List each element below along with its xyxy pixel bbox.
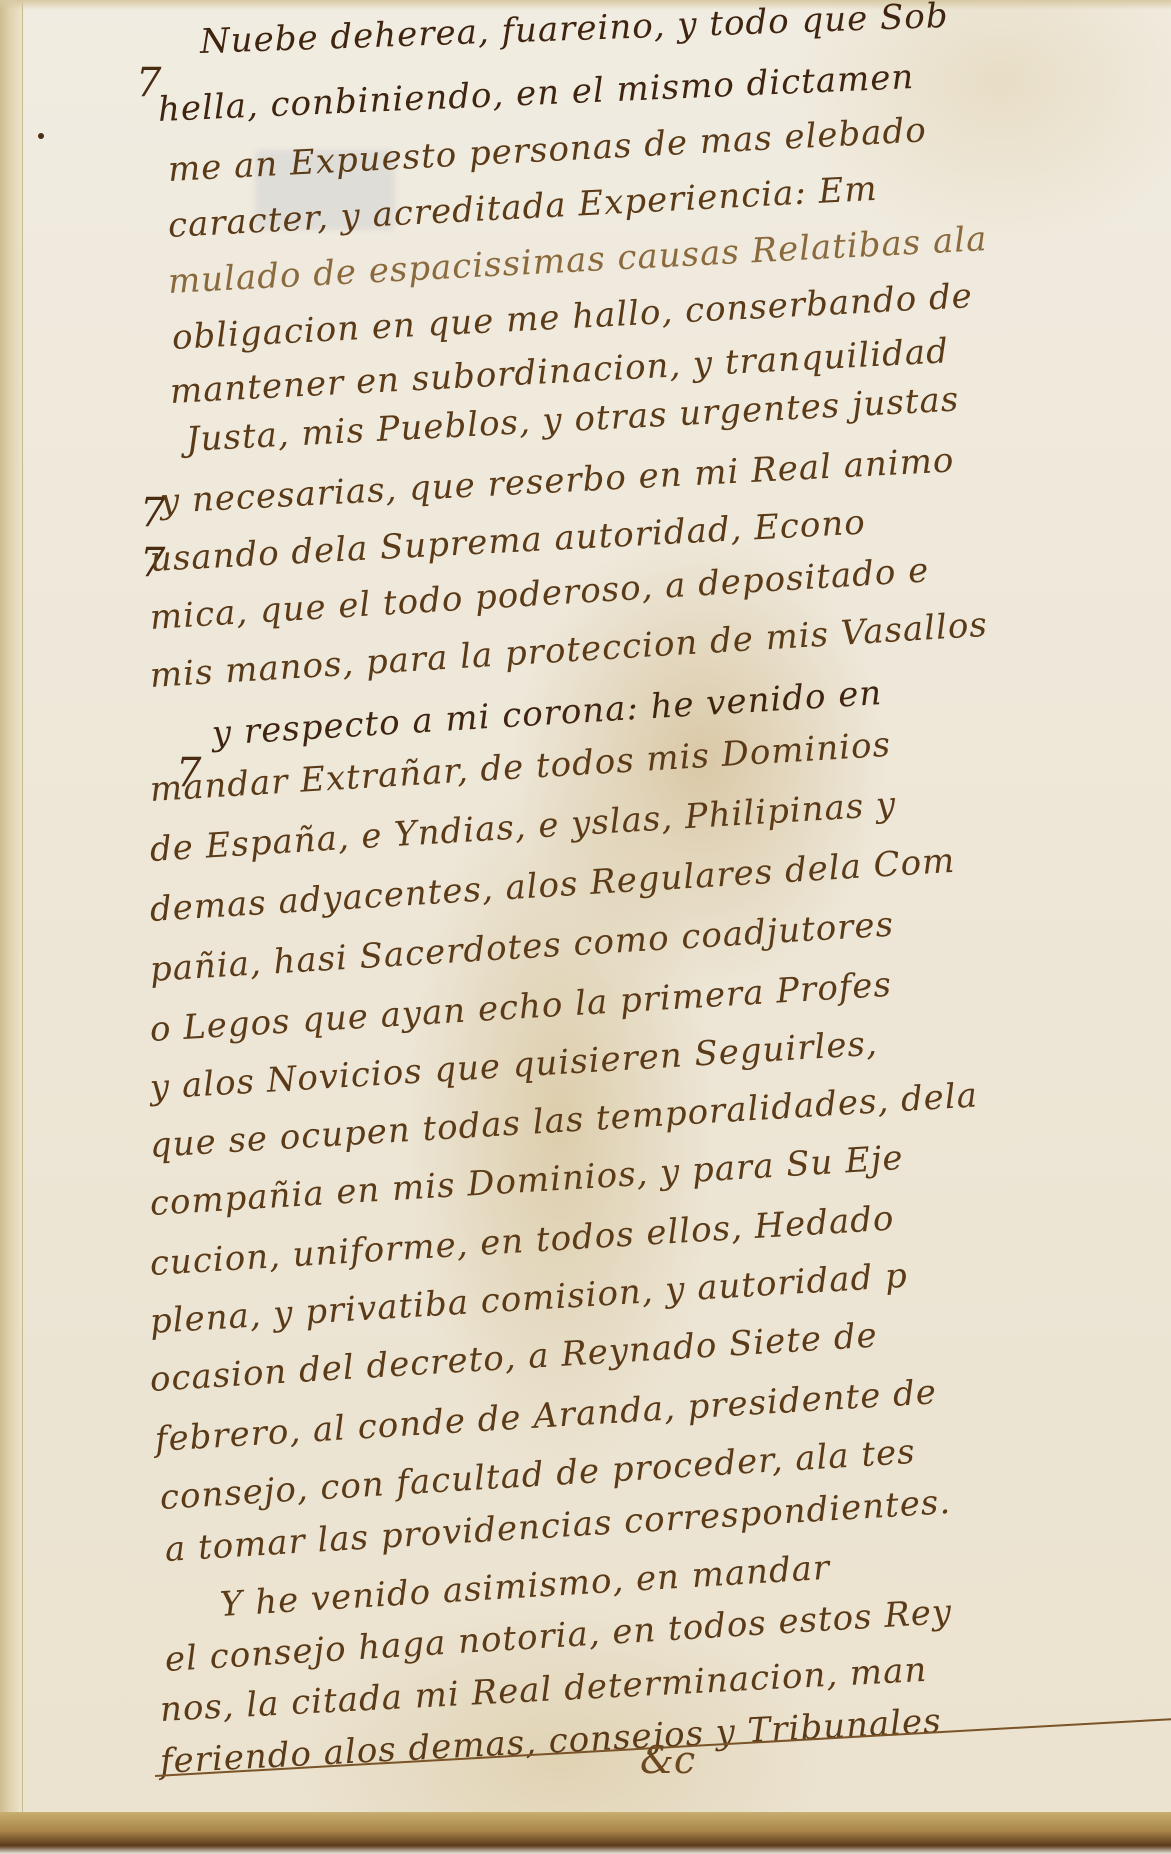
ink-spot [38,133,44,139]
closing-flourish: &c [640,1738,695,1782]
page-bottom-edge [0,1812,1171,1854]
page-binding-edge [0,0,23,1854]
